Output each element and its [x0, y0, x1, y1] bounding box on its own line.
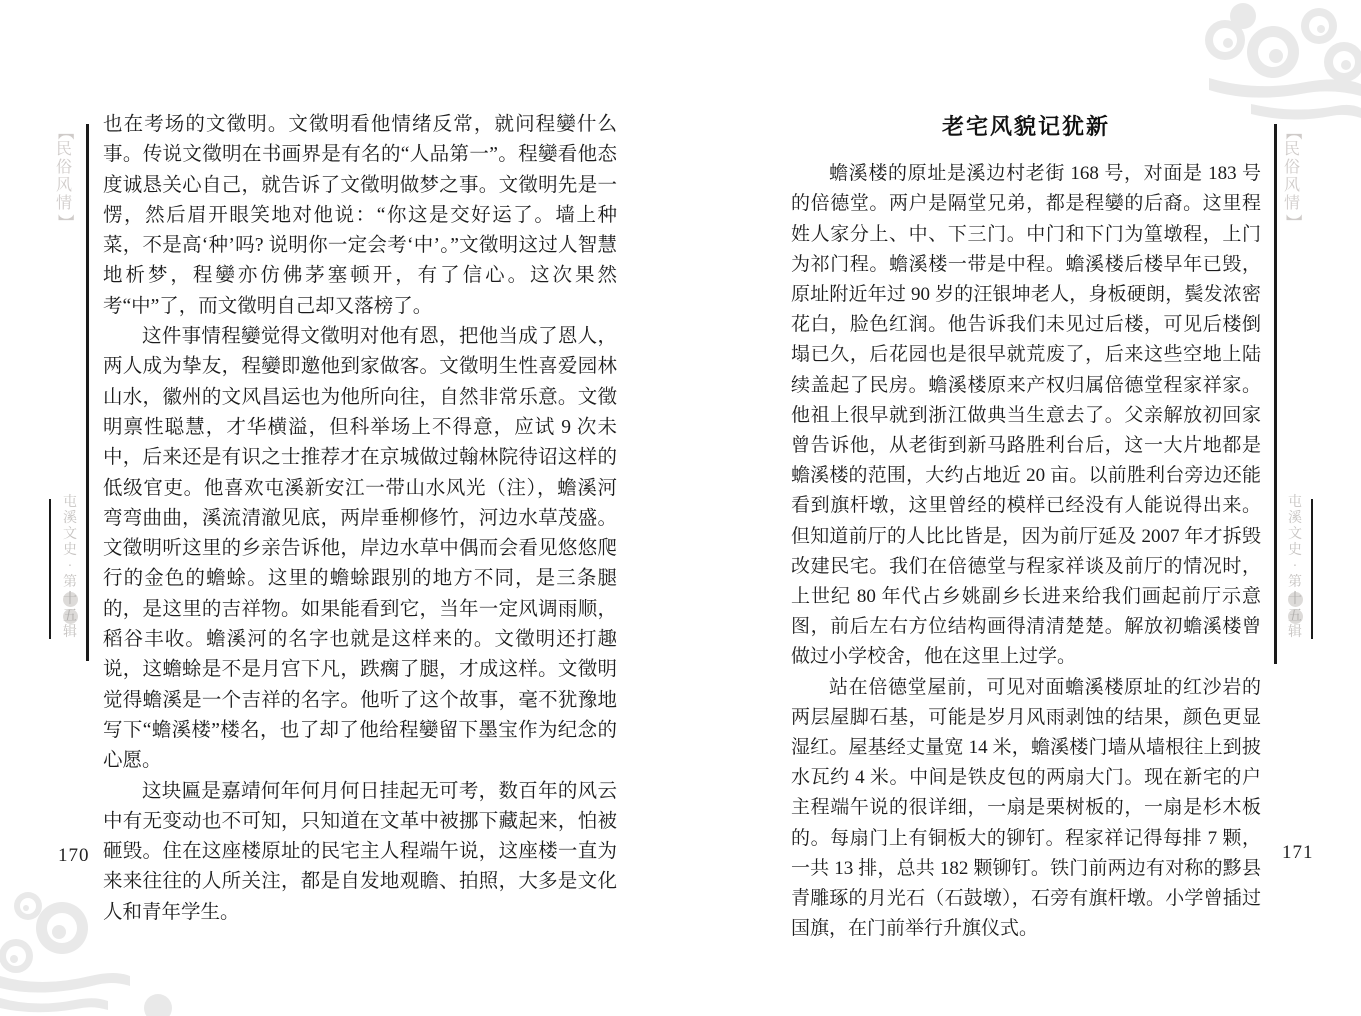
- right-page-number: 171: [1282, 842, 1314, 864]
- spine-char: 史: [62, 543, 78, 559]
- paragraph: 也在考场的文徵明。文徵明看他情绪反常，就问程孌什么事。传说文徵明在书画界是有名的…: [103, 110, 617, 322]
- spine-char: 史: [1287, 543, 1303, 559]
- vertical-label-char: 情: [56, 195, 72, 213]
- vertical-label-char: 民: [56, 141, 72, 159]
- article-title: 老宅风貌记犹新: [791, 112, 1261, 142]
- spine-char: 屯: [62, 495, 78, 511]
- paragraph: 这块匾是嘉靖何年何月何日挂起无可考，数百年的风云中有无变动也不可知，只知道在文革…: [103, 777, 617, 928]
- right-margin-rule-long: [1274, 124, 1277, 664]
- spine-char: 第: [1287, 575, 1303, 591]
- right-spine-rule-short: [1311, 499, 1313, 639]
- vertical-label-char: 情: [1284, 195, 1300, 213]
- vertical-label-char: 【: [55, 124, 73, 140]
- vertical-label-char: 民: [1284, 141, 1300, 159]
- spine-char: 文: [62, 527, 78, 543]
- spine-char: 溪: [1287, 511, 1303, 527]
- left-page-number: 170: [58, 845, 90, 867]
- spine-char: 辑: [1287, 625, 1303, 641]
- right-page-text-column: 老宅风貌记犹新 蟾溪楼的原址是溪边村老街 168 号，对面是 183 号的倍德堂…: [791, 112, 1261, 944]
- spine-seal-char: 十: [63, 592, 78, 607]
- right-margin-category-label: 【民俗风情】: [1284, 123, 1300, 231]
- spine-char: 溪: [62, 511, 78, 527]
- spine-char: 第: [62, 575, 78, 591]
- spine-char: ·: [1287, 559, 1303, 575]
- spine-char: ·: [62, 559, 78, 575]
- spine-seal-char: 十: [1288, 592, 1303, 607]
- right-page-paragraphs: 蟾溪楼的原址是溪边村老街 168 号，对面是 183 号的倍德堂。两户是隔堂兄弟…: [791, 159, 1261, 944]
- spine-seal-char: 五: [1288, 609, 1303, 624]
- vertical-label-char: 】: [1283, 214, 1301, 230]
- vertical-label-char: 风: [56, 177, 72, 195]
- left-spine-rule-short: [49, 499, 51, 639]
- paragraph: 站在倍德堂屋前，可见对面蟾溪楼原址的红沙岩的两层屋脚石基，可能是岁月风雨剥蚀的结…: [791, 673, 1261, 945]
- paragraph: 这件事情程孌觉得文徵明对他有恩，把他当成了恩人，两人成为挚友，程孌即邀他到家做客…: [103, 322, 617, 776]
- vertical-label-char: 】: [55, 214, 73, 230]
- vertical-label-char: 【: [1283, 124, 1301, 140]
- vertical-label-char: 风: [1284, 177, 1300, 195]
- cloud-ornament-top-right: [1181, 0, 1361, 122]
- spine-char: 辑: [62, 625, 78, 641]
- paragraph: 蟾溪楼的原址是溪边村老街 168 号，对面是 183 号的倍德堂。两户是隔堂兄弟…: [791, 159, 1261, 672]
- vertical-label-char: 俗: [56, 159, 72, 177]
- spine-seal-char: 五: [63, 609, 78, 624]
- spine-char: 文: [1287, 527, 1303, 543]
- right-spine-series-label: 屯溪文史·第十五辑: [1287, 495, 1303, 641]
- left-spine-series-label: 屯溪文史·第十五辑: [62, 495, 78, 641]
- left-page-text-column: 也在考场的文徵明。文徵明看他情绪反常，就问程孌什么事。传说文徵明在书画界是有名的…: [103, 110, 617, 928]
- spine-char: 屯: [1287, 495, 1303, 511]
- vertical-label-char: 俗: [1284, 159, 1300, 177]
- left-margin-rule-long: [86, 124, 89, 661]
- left-margin-category-label: 【民俗风情】: [56, 123, 72, 231]
- book-spread: { "left_page": { "margin_label": "【民俗风情】…: [0, 0, 1361, 1016]
